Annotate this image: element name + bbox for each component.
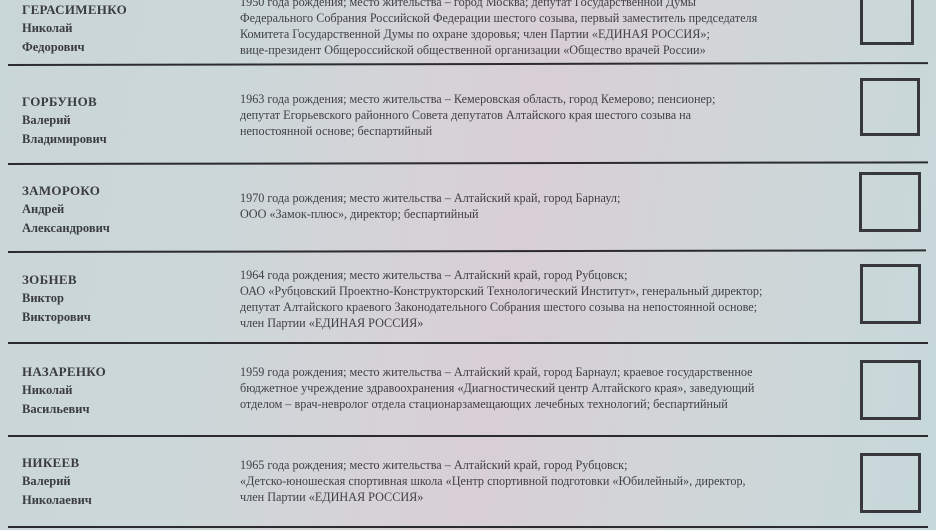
- row-divider: [8, 526, 928, 528]
- candidate-info: 1964 года рождения; место жительства – А…: [240, 267, 762, 331]
- candidate-patronymic: Васильевич: [22, 400, 106, 419]
- candidate-info: 1959 года рождения; место жительства – А…: [240, 364, 754, 412]
- candidate-surname: ЗАМОРОКО: [22, 181, 110, 200]
- candidate-given-name: Николай: [22, 381, 106, 400]
- candidate-name: ЗАМОРОКО Андрей Александрович: [22, 181, 110, 238]
- candidate-info: 1950 года рождения; место жительства – г…: [240, 0, 757, 58]
- info-line: бюджетное учреждение здравоохранения «Ди…: [240, 380, 754, 396]
- candidate-surname: ГОРБУНОВ: [22, 92, 107, 111]
- vote-checkbox[interactable]: [860, 0, 914, 45]
- vote-checkbox[interactable]: [859, 172, 921, 232]
- vote-checkbox[interactable]: [860, 453, 921, 513]
- candidate-name: НИКЕЕВ Валерий Николаевич: [22, 453, 92, 510]
- candidate-patronymic: Николаевич: [22, 491, 92, 510]
- candidate-patronymic: Александрович: [22, 219, 110, 238]
- candidate-patronymic: Владимирович: [22, 130, 107, 149]
- candidate-given-name: Валерий: [22, 472, 92, 491]
- info-line: ООО «Замок-плюс», директор; беспартийный: [240, 206, 620, 222]
- candidate-name: ГОРБУНОВ Валерий Владимирович: [22, 92, 107, 149]
- info-line: Комитета Государственной Думы по охране …: [240, 26, 757, 42]
- info-line: 1959 года рождения; место жительства – А…: [240, 364, 754, 380]
- info-line: отделом – врач-невролог отдела стационар…: [240, 396, 754, 412]
- candidate-surname: НИКЕЕВ: [22, 453, 92, 472]
- info-line: 1964 года рождения; место жительства – А…: [240, 267, 762, 283]
- info-line: 1965 года рождения; место жительства – А…: [240, 457, 746, 473]
- info-line: 1950 года рождения; место жительства – г…: [240, 0, 757, 10]
- info-line: «Детско-юношеская спортивная школа «Цент…: [240, 473, 746, 489]
- candidate-name: НАЗАРЕНКО Николай Васильевич: [22, 362, 106, 419]
- candidate-patronymic: Викторович: [22, 308, 91, 327]
- candidate-given-name: Андрей: [22, 200, 110, 219]
- vote-checkbox[interactable]: [860, 264, 921, 324]
- candidate-info: 1970 года рождения; место жительства – А…: [240, 190, 620, 222]
- candidate-info: 1965 года рождения; место жительства – А…: [240, 457, 746, 505]
- candidate-surname: ЗОБНЕВ: [22, 270, 91, 289]
- candidate-surname: НАЗАРЕНКО: [22, 362, 106, 381]
- info-line: депутат Егорьевского районного Совета де…: [240, 107, 715, 123]
- candidate-given-name: Валерий: [22, 111, 107, 130]
- info-line: непостоянной основе; беспартийный: [240, 123, 715, 139]
- row-divider: [8, 161, 928, 165]
- info-line: Федерального Собрания Российской Федерац…: [240, 10, 757, 26]
- info-line: 1963 года рождения; место жительства – К…: [240, 91, 715, 107]
- info-line: депутат Алтайского краевого Законодатель…: [240, 299, 762, 315]
- info-line: вице-президент Общероссийской общественн…: [240, 42, 757, 58]
- info-line: член Партии «ЕДИНАЯ РОССИЯ»: [240, 489, 746, 505]
- candidate-info: 1963 года рождения; место жительства – К…: [240, 91, 715, 139]
- row-divider: [8, 435, 928, 437]
- row-divider: [8, 249, 926, 253]
- info-line: 1970 года рождения; место жительства – А…: [240, 190, 620, 206]
- candidate-given-name: Николай: [22, 19, 127, 38]
- vote-checkbox[interactable]: [860, 360, 921, 420]
- info-line: ОАО «Рубцовский Проектно-Конструкторский…: [240, 283, 762, 299]
- candidate-surname: ГЕРАСИМЕНКО: [22, 0, 127, 19]
- info-line: член Партии «ЕДИНАЯ РОССИЯ»: [240, 315, 762, 331]
- vote-checkbox[interactable]: [860, 78, 920, 136]
- candidate-name: ЗОБНЕВ Виктор Викторович: [22, 270, 91, 327]
- candidate-name: ГЕРАСИМЕНКО Николай Федорович: [22, 0, 127, 57]
- candidate-given-name: Виктор: [22, 289, 91, 308]
- candidate-patronymic: Федорович: [22, 38, 127, 57]
- row-divider: [8, 62, 928, 66]
- row-divider: [8, 342, 928, 344]
